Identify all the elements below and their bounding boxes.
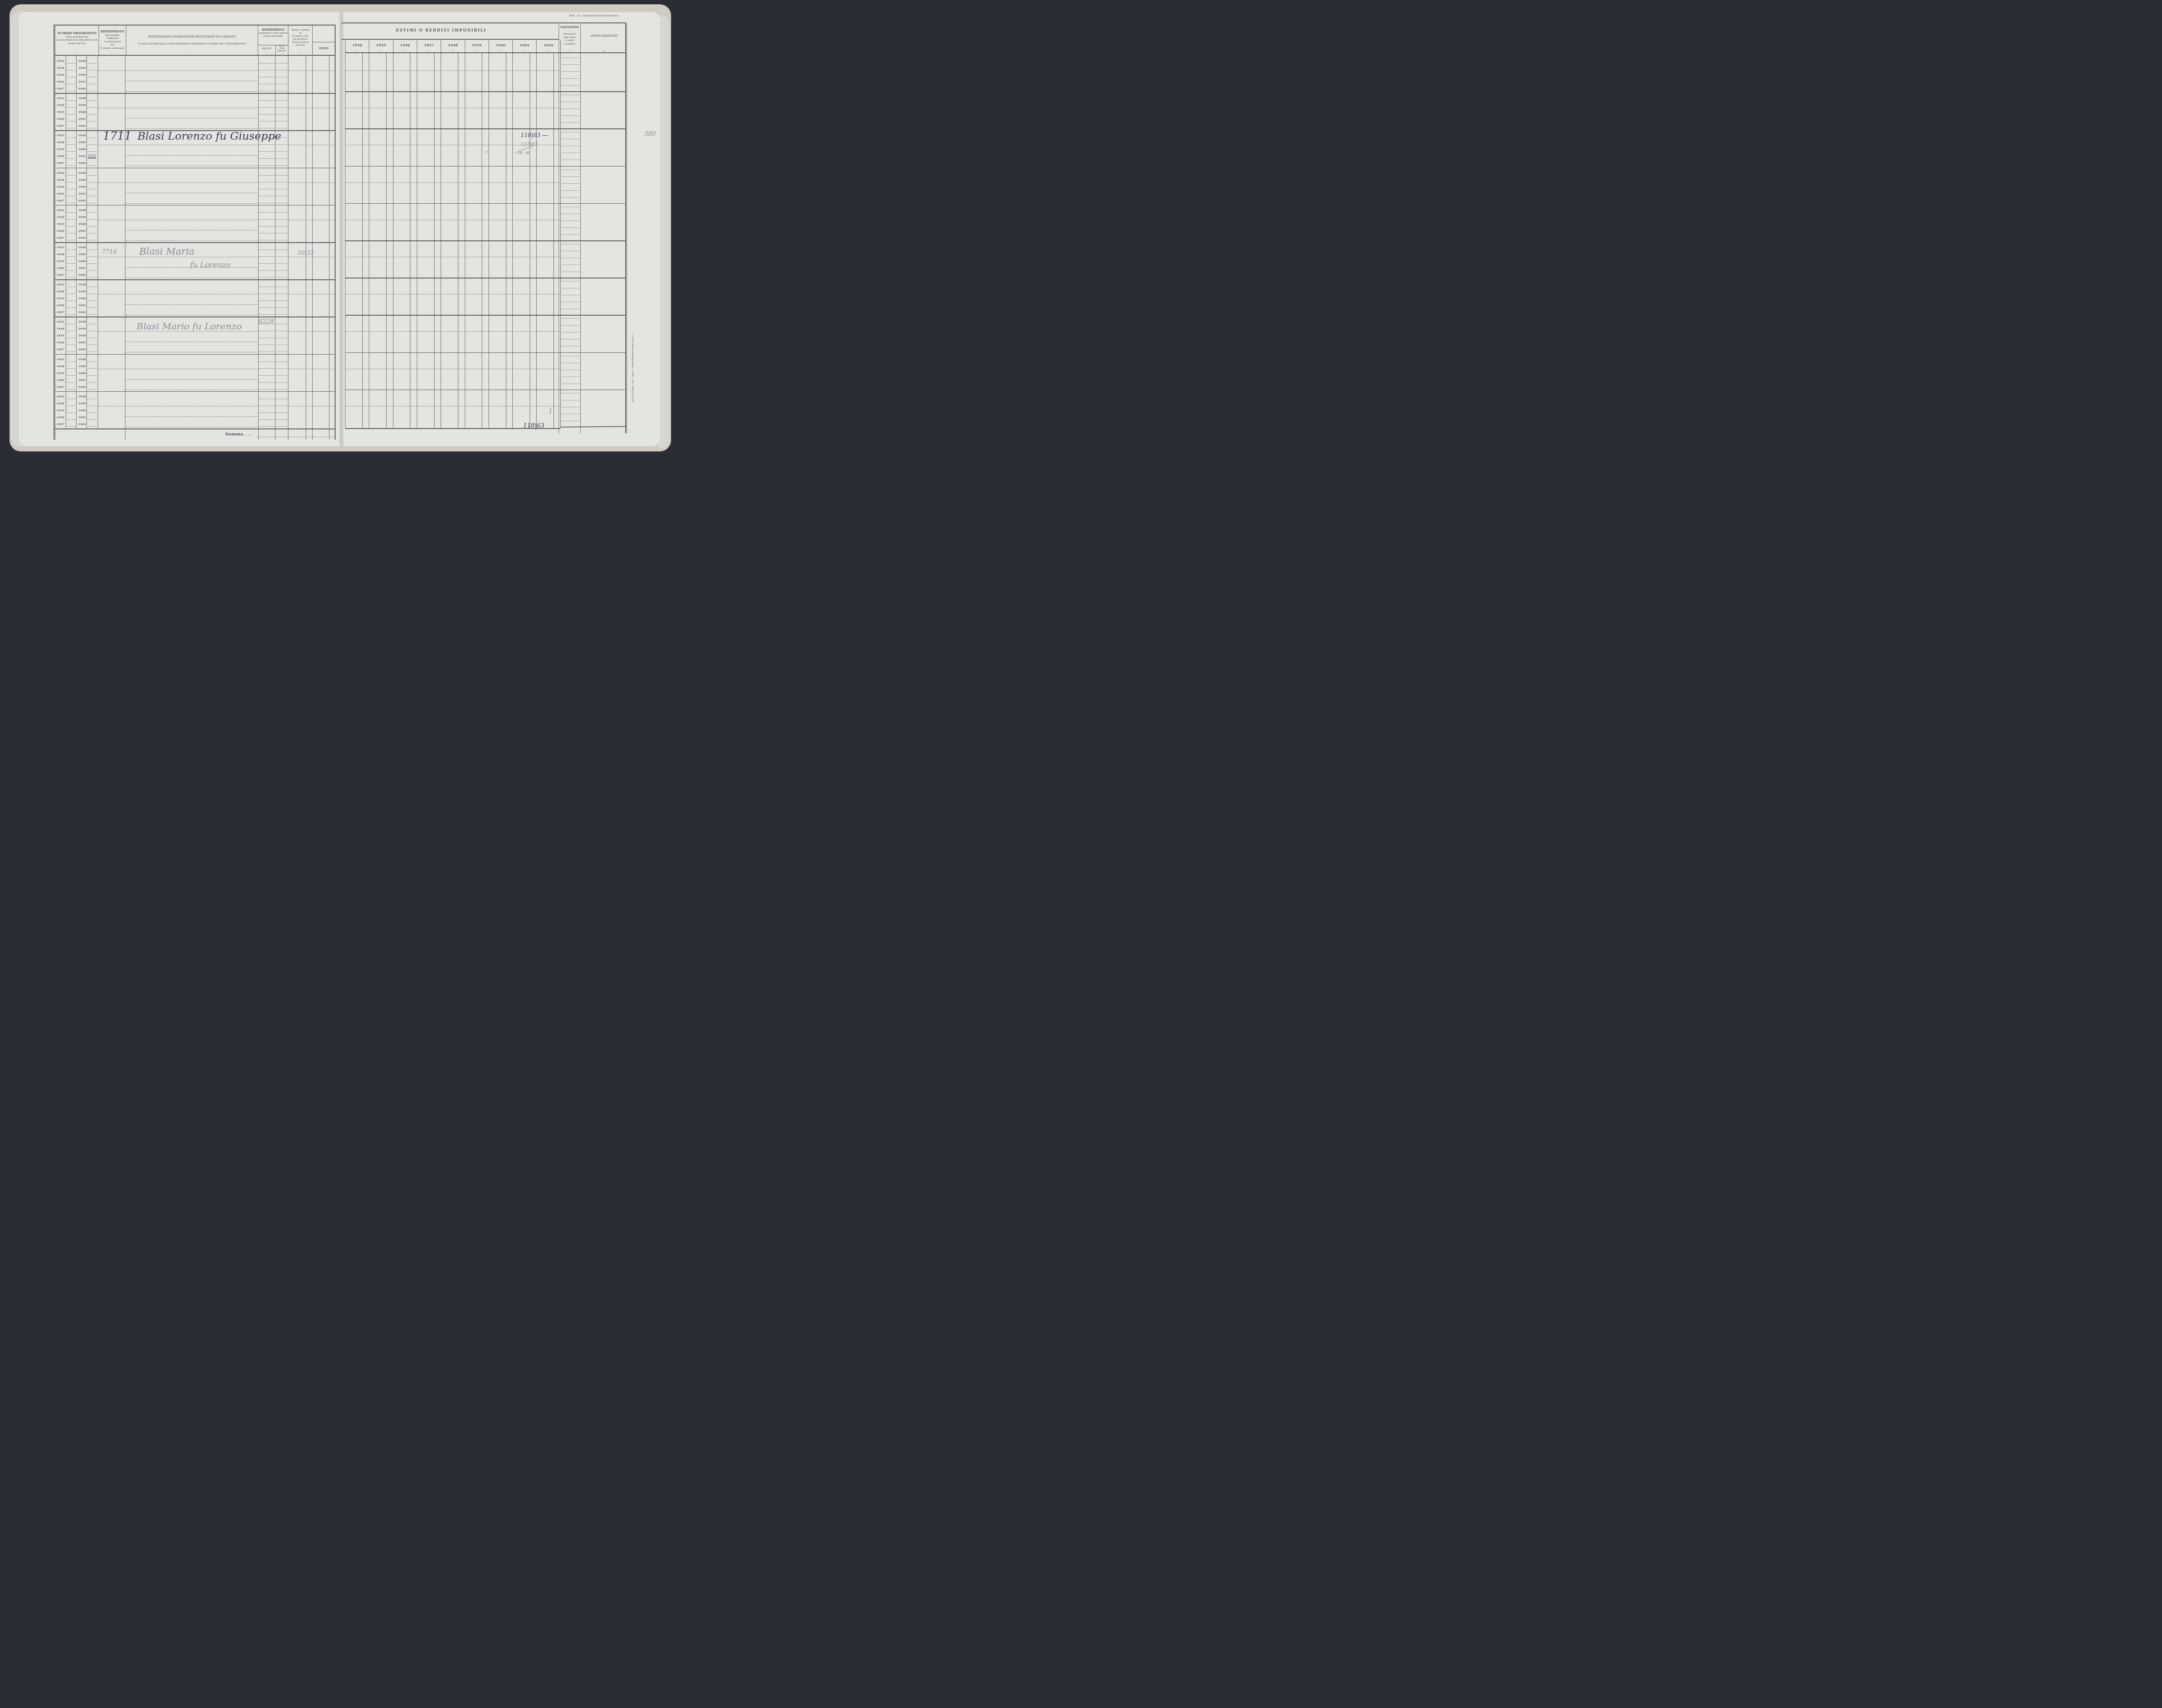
year-column-header: 1937 bbox=[424, 43, 434, 47]
handwritten-1941-value-2: 118|63 bbox=[521, 141, 538, 147]
block-divider bbox=[345, 352, 625, 353]
block-divider bbox=[345, 315, 625, 316]
column-number-17: 17 bbox=[569, 50, 571, 52]
block-divider bbox=[345, 278, 625, 278]
column-number-18: 18 bbox=[602, 50, 604, 52]
block-divider bbox=[345, 203, 625, 204]
column-number: 12 bbox=[452, 50, 454, 52]
handwritten-annotation-380: 380 bbox=[644, 131, 656, 138]
year-column-header: 1942 bbox=[544, 43, 553, 47]
column-number: 13 bbox=[476, 50, 478, 52]
block-divider bbox=[345, 240, 625, 241]
header-annotazioni: ANNOTAZIONI bbox=[591, 34, 617, 38]
column-number: 8 bbox=[356, 50, 358, 52]
handwritten-total-1941: 118|63 bbox=[523, 422, 544, 429]
column-number: 10 bbox=[404, 50, 406, 52]
block-divider bbox=[345, 390, 625, 390]
column-number: 16 bbox=[547, 50, 550, 52]
pencil-mark-1: 1 bbox=[548, 407, 553, 416]
block-divider bbox=[345, 166, 625, 167]
year-column-header: 1940 bbox=[496, 43, 505, 47]
column-number: 11 bbox=[428, 50, 430, 52]
column-number: 9 bbox=[380, 50, 381, 52]
header-esenzioni: ESENZIONI — Ammontare degli estimi o red… bbox=[559, 26, 580, 46]
form-id: Mod. 111 - Imposte Dirette (Intercalare)… bbox=[569, 15, 620, 17]
year-column-header: 1935 bbox=[376, 43, 386, 47]
block-divider bbox=[345, 128, 625, 129]
year-column-header: 1939 bbox=[472, 43, 482, 47]
year-column-header: 1934 bbox=[352, 43, 362, 47]
printer-note: (4103531) Roma, 1931 - Anno X - Istituto… bbox=[632, 333, 634, 402]
year-column-header: 1941 bbox=[520, 43, 529, 47]
column-number: 15 bbox=[524, 50, 526, 52]
year-column-header: 1936 bbox=[400, 43, 410, 47]
column-number: 14 bbox=[500, 50, 502, 52]
year-column-header: 1938 bbox=[448, 43, 457, 47]
handwritten-1941-value-1: 118|63 — bbox=[521, 132, 548, 139]
block-divider bbox=[345, 91, 625, 92]
pencil-check-mark: ✓ bbox=[484, 147, 490, 155]
estimi-title: ESTIMI O REDDITI IMPONIBILI bbox=[396, 29, 486, 33]
right-register-table: Mod. 111 - Imposte Dirette (Intercalare)… bbox=[0, 0, 678, 456]
